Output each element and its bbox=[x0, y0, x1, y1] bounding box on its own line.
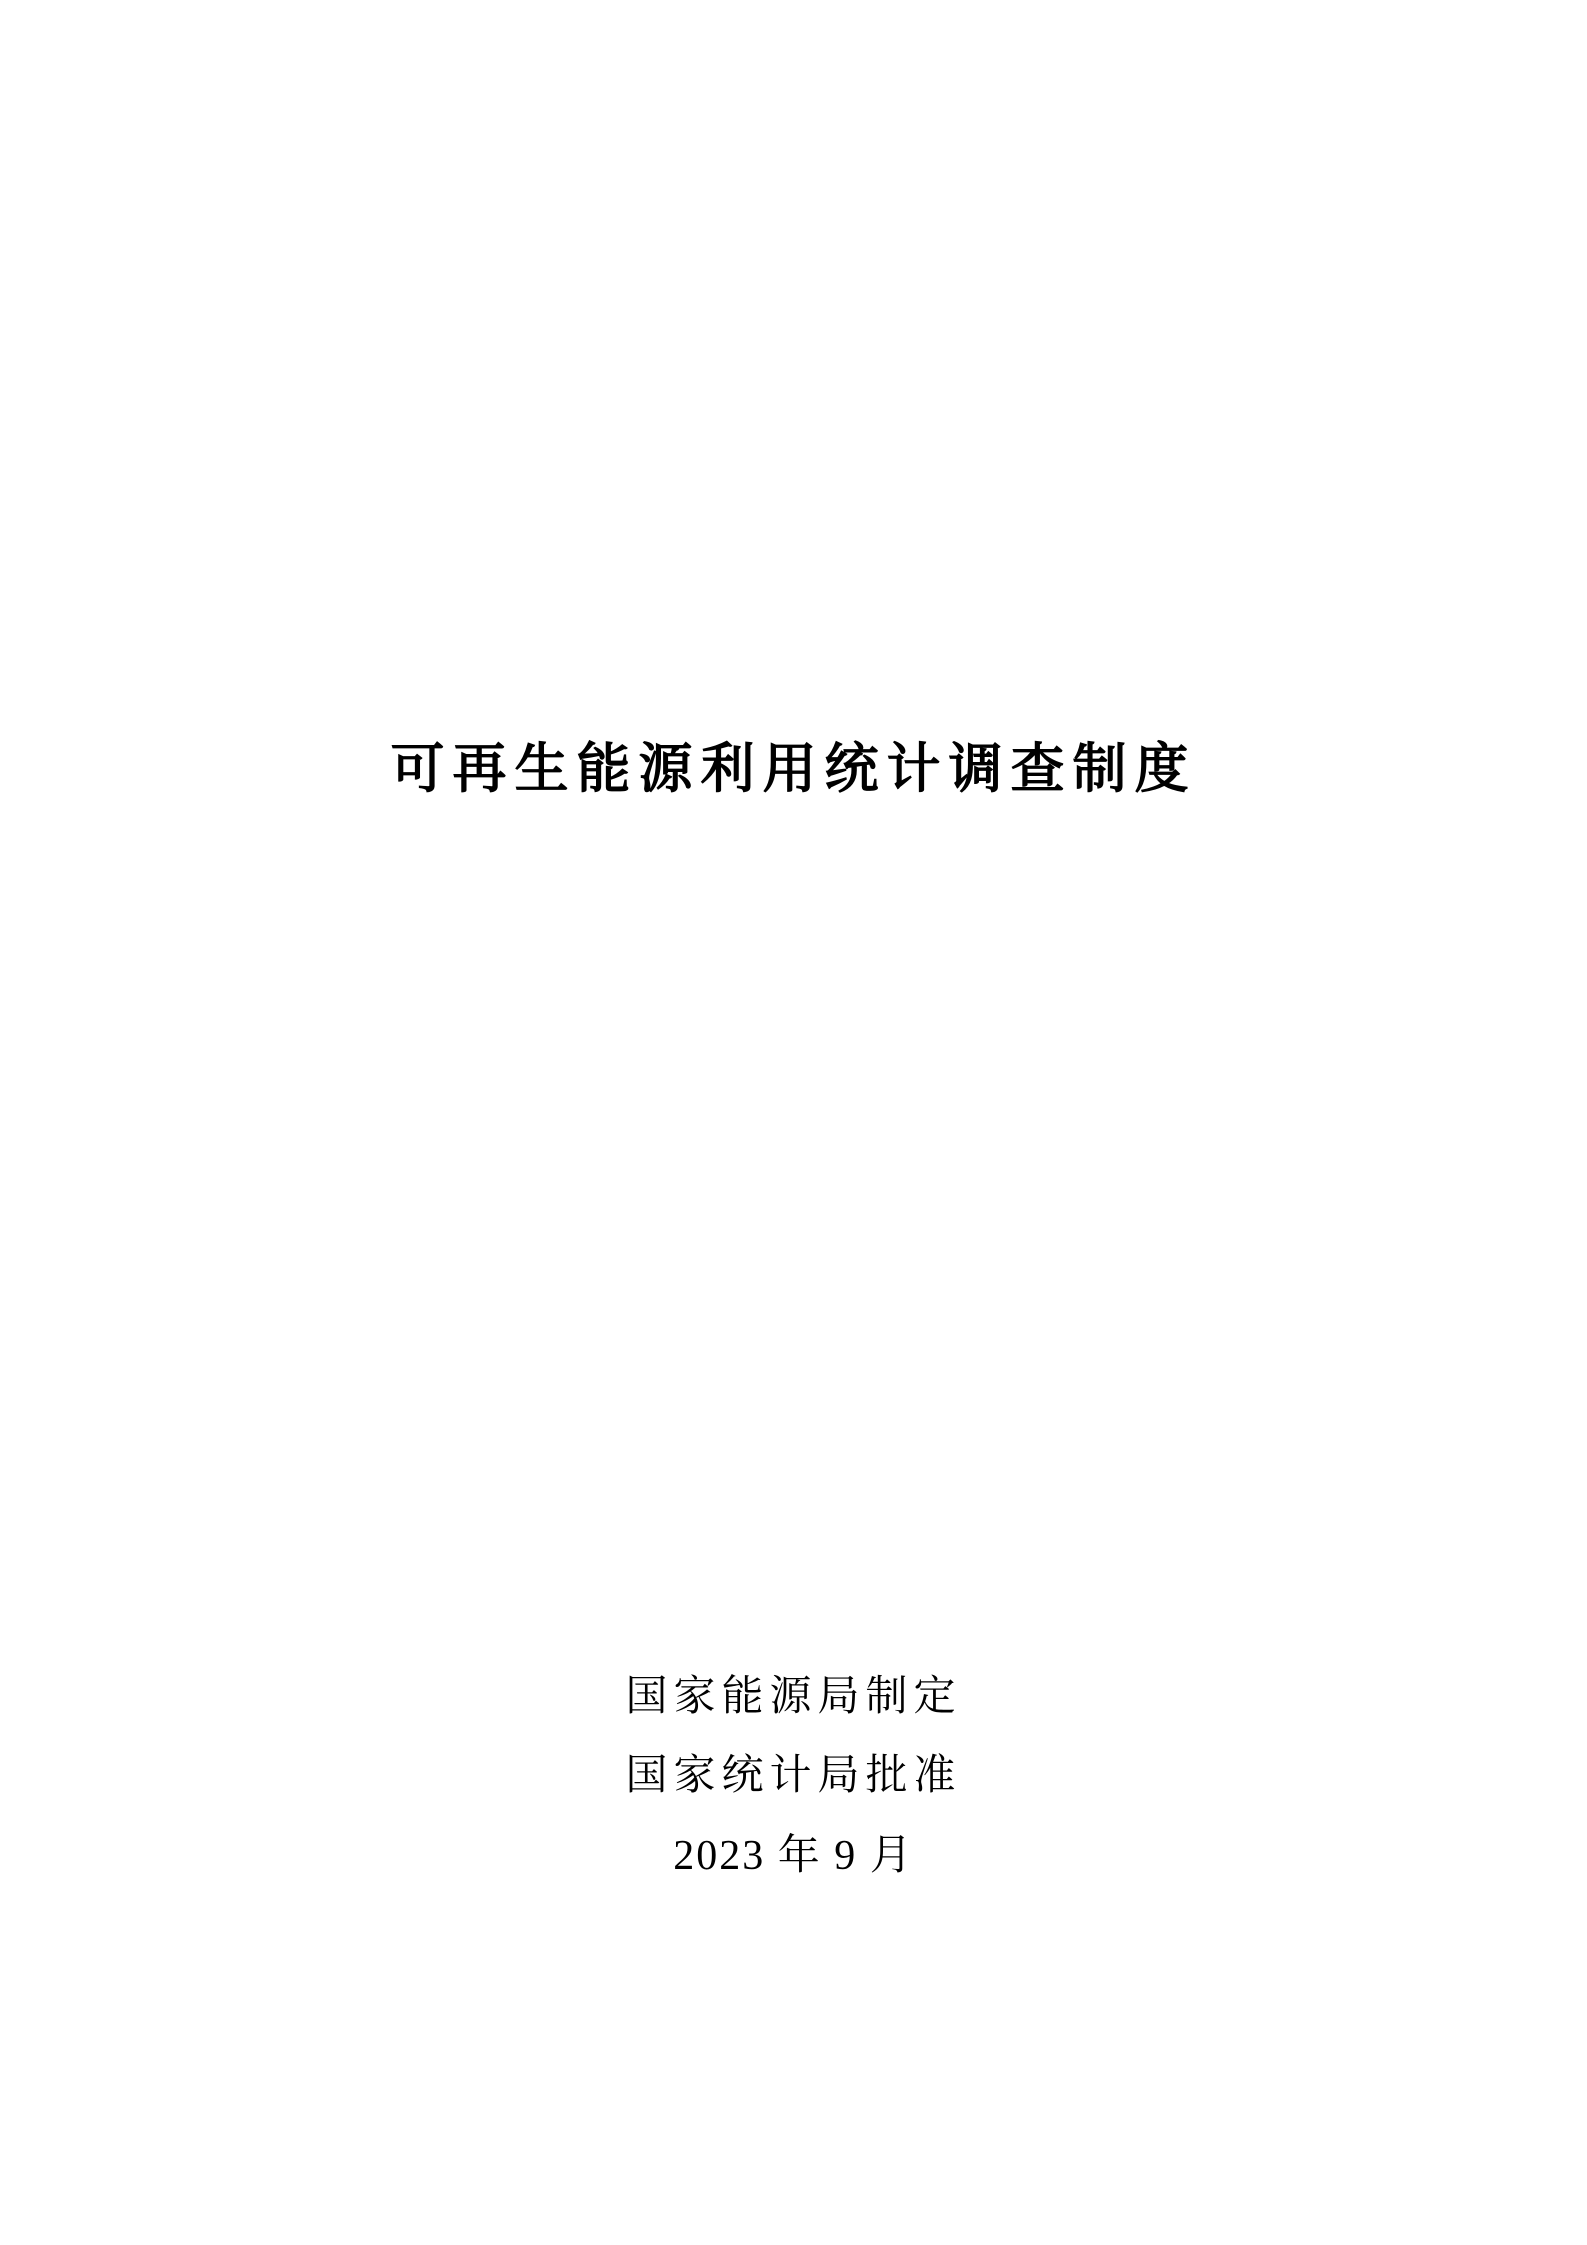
date-line: 2023 年 9 月 bbox=[0, 1832, 1587, 1880]
document-cover-page: 可再生能源利用统计调查制度 国家能源局制定 国家统计局批准 2023 年 9 月 bbox=[0, 0, 1587, 2245]
approver-line: 国家统计局批准 bbox=[0, 1751, 1587, 1799]
document-title: 可再生能源利用统计调查制度 bbox=[0, 738, 1587, 800]
issuer-line: 国家能源局制定 bbox=[0, 1672, 1587, 1720]
